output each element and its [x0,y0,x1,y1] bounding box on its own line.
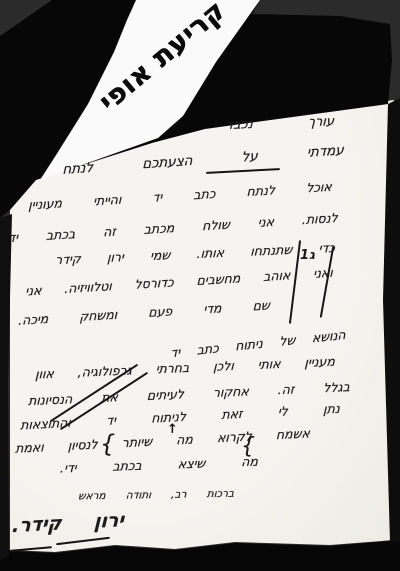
insertion-brace-mark: { [100,430,115,458]
caret-note: ג1 [300,248,315,263]
insertion-arrow-mark: ↑ [167,422,178,437]
scanned-letter-photo: קריעת אופי עורךנכבד עמדתיעלהצעתכםלנתח או… [0,0,400,571]
insertion-brace-mark: { [241,434,255,459]
